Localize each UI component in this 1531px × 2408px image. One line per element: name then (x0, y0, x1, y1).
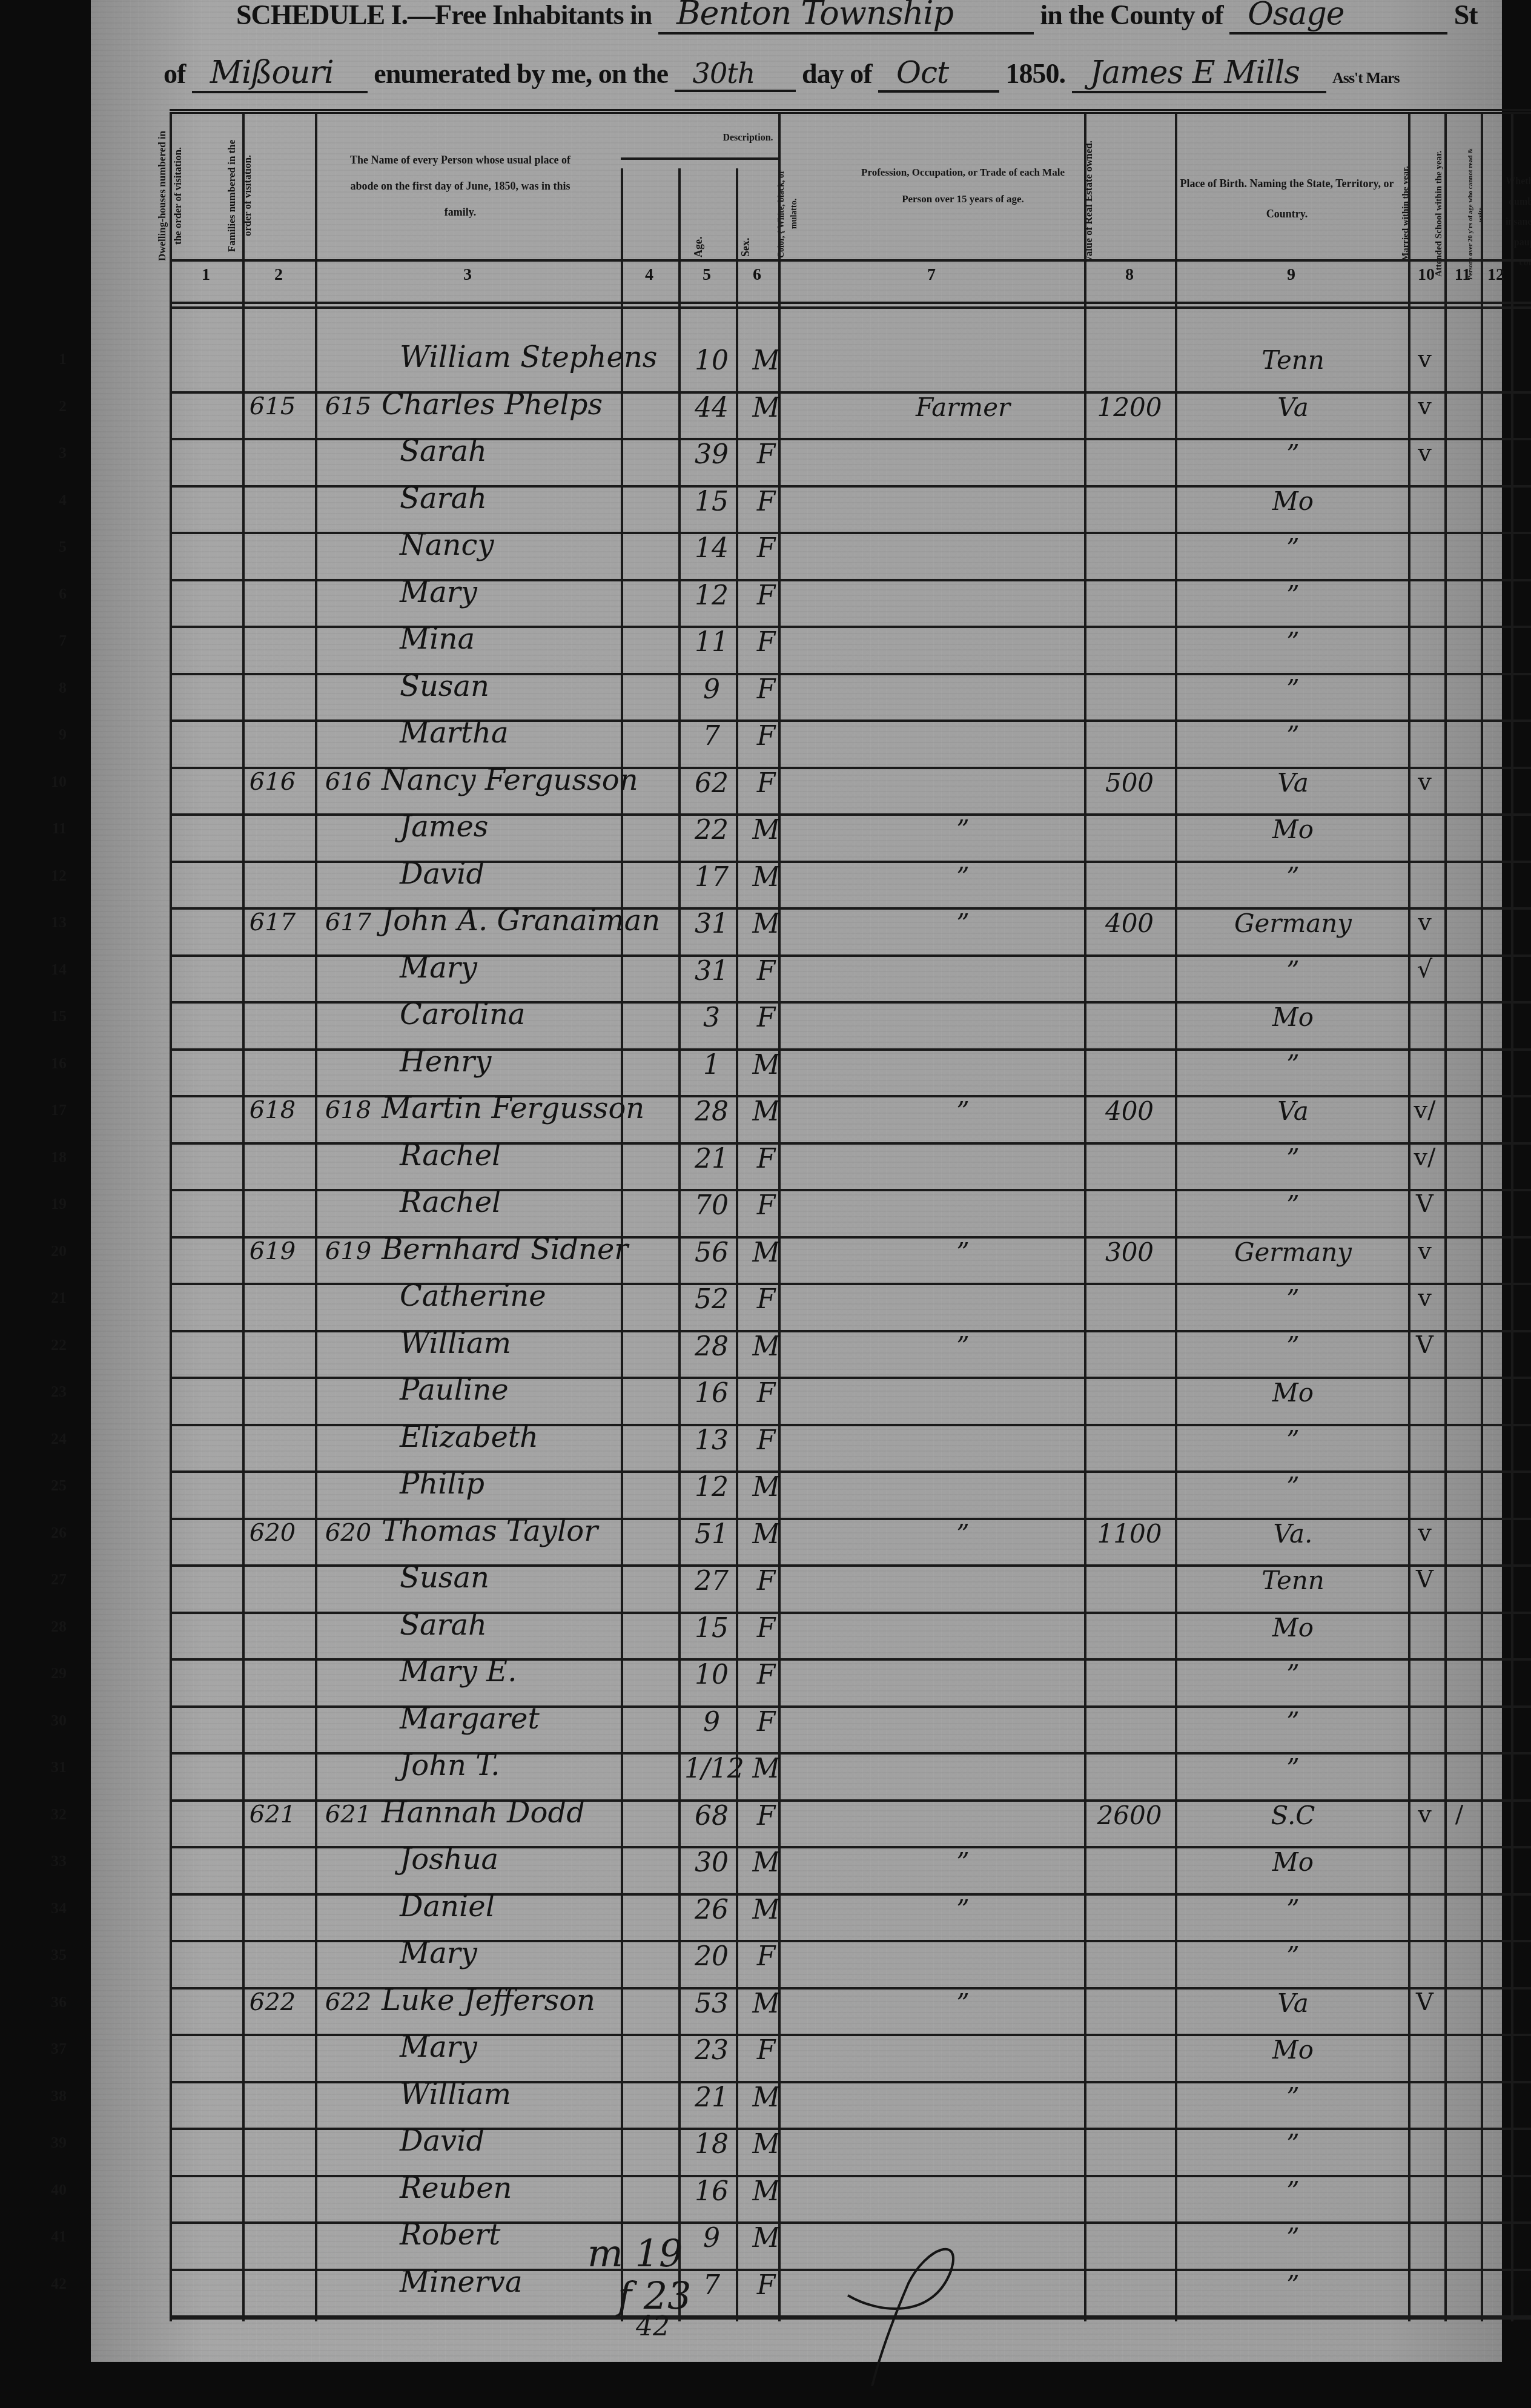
place-of-birth: Mo (1178, 1378, 1408, 1407)
married-mark: v (1408, 392, 1441, 420)
real-estate-value: 400 (1084, 1096, 1175, 1126)
married-mark: v (1408, 908, 1441, 936)
assistant-marshal-label: Ass't Mars (1332, 69, 1400, 87)
person-age: 62 (684, 768, 739, 799)
person-name: Nancy Fergusson (382, 763, 684, 797)
person-sex: M (742, 2176, 790, 2207)
person-sex: M (742, 1894, 790, 1925)
person-occupation: ” (845, 1096, 1081, 1126)
married-mark: v (1408, 345, 1441, 373)
married-mark: v (1408, 1519, 1441, 1547)
person-age: 28 (684, 1331, 739, 1362)
person-age: 23 (684, 2035, 739, 2066)
person-sex: M (742, 1753, 790, 1784)
person-name: Reuben (382, 2171, 703, 2205)
person-name: William Stephens (382, 340, 703, 374)
married-mark: V (1408, 1988, 1441, 2016)
census-page: SCHEDULE I.—Free Inhabitants in Benton T… (91, 0, 1502, 2362)
column-number: 8 (1111, 265, 1148, 285)
column-number: 5 (689, 265, 725, 285)
place-of-birth: ” (1178, 2223, 1408, 2252)
person-age: 68 (684, 1801, 739, 1831)
dwelling-number: 617 (236, 908, 309, 936)
line-number: 20 (42, 1242, 67, 1260)
column-number: 10 (1408, 265, 1444, 285)
person-name: John A. Granaiman (382, 904, 684, 938)
person-sex: F (742, 486, 790, 517)
person-sex: F (742, 1941, 790, 1972)
year-label: 1850. (1006, 58, 1066, 89)
person-age: 16 (684, 1378, 739, 1409)
person-name: Henry (382, 1045, 703, 1079)
person-sex: M (742, 908, 790, 939)
line-number: 23 (42, 1383, 67, 1401)
column-number: 1 (188, 265, 224, 285)
column-number: 9 (1273, 265, 1309, 285)
place-of-birth: Mo (1178, 1847, 1408, 1877)
person-name: Rachel (382, 1139, 703, 1173)
county-field: Osage (1229, 0, 1447, 35)
month-field: Oct (878, 55, 999, 93)
person-age: 44 (684, 392, 739, 423)
place-of-birth: Va (1178, 392, 1408, 422)
person-age: 1/12 (684, 1753, 739, 1784)
place-of-birth: ” (1178, 1284, 1408, 1314)
school-mark: / (1446, 1801, 1473, 1828)
header-rule (170, 302, 1531, 304)
person-age: 7 (684, 2270, 739, 2301)
dwelling-number: 618 (236, 1096, 309, 1124)
family-number: 618 (312, 1096, 385, 1124)
married-mark: v (1408, 1801, 1441, 1828)
enumerated-label: enumerated by me, on the (374, 58, 668, 89)
person-name: Carolina (382, 997, 703, 1031)
person-name: Susan (382, 669, 703, 703)
person-age: 16 (684, 2176, 739, 2207)
person-age: 9 (684, 674, 739, 705)
person-occupation: ” (845, 1847, 1081, 1877)
line-number: 13 (42, 913, 67, 931)
colhead-description-group: Description. (696, 131, 799, 145)
line-number: 35 (42, 1946, 67, 1964)
person-age: 14 (684, 533, 739, 564)
person-age: 18 (684, 2129, 739, 2160)
person-occupation: ” (845, 862, 1081, 891)
person-name: Mary (382, 951, 703, 985)
place-of-birth: ” (1178, 1472, 1408, 1501)
schedule-header-line2: of Mißouri enumerated by me, on the 30th… (164, 55, 1400, 93)
person-name: Martha (382, 716, 703, 750)
colhead-married: Married within the year. (1399, 144, 1430, 283)
column-number: 4 (631, 265, 667, 285)
place-of-birth: ” (1178, 2176, 1408, 2206)
place-of-birth: ” (1178, 1190, 1408, 1220)
person-sex: F (742, 1143, 790, 1174)
place-of-birth: Germany (1178, 908, 1408, 938)
day-field: 30th (675, 57, 796, 92)
married-mark: v (1408, 439, 1441, 467)
dwelling-number: 620 (236, 1519, 309, 1547)
line-number: 25 (42, 1477, 67, 1495)
person-age: 21 (684, 1143, 739, 1174)
place-of-birth: ” (1178, 862, 1408, 891)
person-age: 26 (684, 1894, 739, 1925)
place-of-birth: ” (1178, 627, 1408, 657)
line-number: 41 (42, 2228, 67, 2246)
person-name: Nancy (382, 528, 703, 562)
column-number: 3 (449, 265, 486, 285)
person-occupation: ” (845, 815, 1081, 844)
married-mark: v (1408, 1237, 1441, 1265)
person-sex: M (742, 392, 790, 423)
person-sex: M (742, 345, 790, 376)
person-name: William (382, 1326, 703, 1360)
person-name: Joshua (382, 1842, 703, 1876)
description-group-rule (621, 157, 778, 160)
married-mark: v (1408, 1284, 1441, 1312)
family-number: 620 (312, 1519, 385, 1547)
place-of-birth: ” (1178, 580, 1408, 610)
line-number: 11 (42, 819, 67, 838)
dwelling-number: 619 (236, 1237, 309, 1265)
person-name: Mary (382, 2030, 703, 2064)
ink-flourish (836, 2229, 993, 2386)
line-number: 16 (42, 1054, 67, 1073)
person-age: 11 (684, 627, 739, 658)
person-name: Daniel (382, 1890, 703, 1923)
person-age: 9 (684, 2223, 739, 2254)
place-of-birth: Va. (1178, 1519, 1408, 1549)
tally-total: 42 (636, 2314, 670, 2340)
line-number: 6 (42, 585, 67, 603)
person-age: 3 (684, 1002, 739, 1033)
line-number: 37 (42, 2040, 67, 2058)
place-of-birth: ” (1178, 2129, 1408, 2158)
line-number: 32 (42, 1805, 67, 1824)
line-number: 2 (42, 397, 67, 415)
person-sex: M (742, 1331, 790, 1362)
place-of-birth: ” (1178, 439, 1408, 469)
person-sex: M (742, 2129, 790, 2160)
person-sex: F (742, 2270, 790, 2301)
person-name: Sarah (382, 434, 703, 468)
person-name: Sarah (382, 1608, 703, 1642)
place-of-birth: Germany (1178, 1237, 1408, 1267)
person-name: John T. (382, 1748, 703, 1782)
line-number: 29 (42, 1664, 67, 1682)
person-sex: F (742, 533, 790, 564)
place-of-birth: ” (1178, 1941, 1408, 1971)
person-sex: F (742, 1378, 790, 1409)
place-of-birth: Mo (1178, 486, 1408, 516)
person-occupation: ” (845, 1988, 1081, 2018)
header-rule (170, 306, 1531, 309)
line-number: 42 (42, 2275, 67, 2293)
place-of-birth: Mo (1178, 1002, 1408, 1032)
person-age: 39 (684, 439, 739, 470)
colhead-disability: Whether deaf, dumb, blind, insane, idiot… (1499, 171, 1531, 273)
line-number: 5 (42, 538, 67, 556)
person-occupation: ” (845, 908, 1081, 938)
place-of-birth: ” (1178, 721, 1408, 750)
dwelling-number: 622 (236, 1988, 309, 2016)
county-label: in the County of (1040, 0, 1223, 30)
person-age: 56 (684, 1237, 739, 1268)
person-age: 30 (684, 1847, 739, 1878)
person-age: 70 (684, 1190, 739, 1221)
person-occupation: ” (845, 1237, 1081, 1267)
person-age: 53 (684, 1988, 739, 2019)
place-of-birth: ” (1178, 1050, 1408, 1079)
place-of-birth: S.C (1178, 1801, 1408, 1830)
dwelling-number: 616 (236, 768, 309, 796)
person-sex: M (742, 1847, 790, 1878)
person-age: 28 (684, 1096, 739, 1127)
line-number: 12 (42, 867, 67, 885)
person-sex: M (742, 2082, 790, 2113)
family-number: 621 (312, 1801, 385, 1828)
line-number: 17 (42, 1101, 67, 1119)
married-mark: V (1408, 1190, 1441, 1218)
column-number: 7 (913, 265, 950, 285)
person-sex: F (742, 768, 790, 799)
person-sex: F (742, 439, 790, 470)
dwelling-number: 621 (236, 1801, 309, 1828)
person-age: 15 (684, 486, 739, 517)
person-name: Rachel (382, 1185, 703, 1219)
place-of-birth: Tenn (1178, 345, 1408, 375)
real-estate-value: 2600 (1084, 1801, 1175, 1830)
family-number: 619 (312, 1237, 385, 1265)
tally-male: m 19 (587, 2235, 683, 2272)
colhead-name: The Name of every Person whose usual pla… (339, 147, 581, 226)
column-rule (170, 114, 172, 2321)
person-sex: F (742, 627, 790, 658)
married-mark: V (1408, 1566, 1441, 1593)
line-number: 38 (42, 2087, 67, 2105)
line-number: 22 (42, 1336, 67, 1354)
person-sex: M (742, 1050, 790, 1080)
family-number: 615 (312, 392, 385, 420)
place-of-birth: ” (1178, 533, 1408, 563)
line-number: 34 (42, 1899, 67, 1917)
person-sex: F (742, 956, 790, 987)
place-of-birth: Va (1178, 1096, 1408, 1126)
person-name: James (382, 810, 703, 844)
column-number: 2 (260, 265, 297, 285)
place-of-birth: ” (1178, 674, 1408, 704)
person-age: 13 (684, 1425, 739, 1456)
state-suffix: St (1454, 0, 1478, 30)
family-number: 622 (312, 1988, 385, 2016)
person-name: Elizabeth (382, 1420, 703, 1454)
line-number: 28 (42, 1618, 67, 1636)
line-number: 7 (42, 632, 67, 650)
colhead-school: Attended School within the year. (1432, 144, 1464, 283)
place-of-birth: Va (1178, 1988, 1408, 2018)
line-number: 30 (42, 1712, 67, 1730)
place-of-birth: ” (1178, 2270, 1408, 2300)
person-sex: F (742, 1801, 790, 1831)
line-number: 10 (42, 773, 67, 791)
line-number: 8 (42, 679, 67, 697)
person-age: 31 (684, 956, 739, 987)
line-number: 19 (42, 1195, 67, 1213)
line-number: 3 (42, 444, 67, 462)
line-number: 15 (42, 1007, 67, 1025)
place-of-birth: ” (1178, 1425, 1408, 1455)
person-age: 12 (684, 1472, 739, 1503)
line-number: 4 (42, 491, 67, 509)
person-sex: F (742, 721, 790, 752)
person-age: 21 (684, 2082, 739, 2113)
person-name: Mary (382, 575, 703, 609)
person-name: Bernhard Sidner (382, 1232, 684, 1266)
colhead-dwelling: Dwelling-houses numbered in the order of… (154, 126, 215, 265)
column-number: 6 (739, 265, 775, 285)
line-number: 18 (42, 1148, 67, 1166)
person-name: Thomas Taylor (382, 1514, 684, 1548)
dwelling-number: 615 (236, 392, 309, 420)
colhead-birthplace: Place of Birth. Naming the State, Territ… (1175, 168, 1399, 230)
person-name: Susan (382, 1561, 703, 1595)
person-sex: M (742, 1472, 790, 1503)
line-number: 14 (42, 961, 67, 979)
person-sex: F (742, 1425, 790, 1456)
person-sex: F (742, 1566, 790, 1596)
real-estate-value: 1200 (1084, 392, 1175, 422)
person-name: Sarah (382, 481, 703, 515)
place-of-birth: Tenn (1178, 1566, 1408, 1595)
state-field: Mißouri (192, 55, 368, 93)
colhead-color: Color, { White, black, or mulatto. (775, 159, 818, 268)
place-of-birth: Mo (1178, 2035, 1408, 2065)
place-of-birth: Mo (1178, 815, 1408, 844)
married-mark: v (1408, 768, 1441, 796)
colhead-real-estate: Value of Real Estate owned. (1081, 132, 1129, 271)
line-number: 36 (42, 1993, 67, 2011)
person-sex: M (742, 1988, 790, 2019)
person-age: 17 (684, 862, 739, 893)
person-age: 7 (684, 721, 739, 752)
person-name: William (382, 2077, 703, 2111)
column-rule (1084, 114, 1086, 2321)
person-name: Charles Phelps (382, 388, 684, 422)
place-of-birth: ” (1178, 1143, 1408, 1173)
column-number: 12 (1478, 265, 1514, 285)
family-number: 617 (312, 908, 385, 936)
person-sex: M (742, 815, 790, 845)
married-mark: √ (1408, 956, 1441, 984)
colhead-occupation: Profession, Occupation, or Trade of each… (848, 159, 1078, 213)
person-sex: M (742, 1519, 790, 1550)
person-sex: F (742, 1284, 790, 1315)
line-number: 26 (42, 1524, 67, 1542)
line-number: 21 (42, 1289, 67, 1307)
place-of-birth: Va (1178, 768, 1408, 798)
line-number: 31 (42, 1758, 67, 1776)
line-number: 9 (42, 726, 67, 744)
person-sex: F (742, 1659, 790, 1690)
column-number: 11 (1444, 265, 1481, 285)
person-name: Mary (382, 1936, 703, 1970)
person-age: 31 (684, 908, 739, 939)
person-occupation: ” (845, 1519, 1081, 1549)
person-age: 12 (684, 580, 739, 611)
person-sex: M (742, 1237, 790, 1268)
married-mark: v/ (1408, 1096, 1441, 1124)
column-rule (1444, 114, 1447, 2321)
person-name: Margaret (382, 1702, 703, 1736)
township-field: Benton Township (658, 0, 1034, 35)
person-age: 20 (684, 1941, 739, 1972)
person-sex: F (742, 2035, 790, 2066)
line-number: 39 (42, 2134, 67, 2152)
person-occupation: ” (845, 1894, 1081, 1924)
real-estate-value: 300 (1084, 1237, 1175, 1267)
person-age: 22 (684, 815, 739, 845)
person-sex: M (742, 2223, 790, 2254)
line-number: 24 (42, 1430, 67, 1448)
person-sex: F (742, 1002, 790, 1033)
person-name: Martin Fergusson (382, 1091, 684, 1125)
enumerator-signature: James E Mills (1072, 55, 1326, 93)
column-rule (1175, 114, 1177, 2321)
married-mark: V (1408, 1331, 1441, 1359)
person-age: 1 (684, 1050, 739, 1080)
person-name: Hannah Dodd (382, 1796, 684, 1830)
person-occupation: Farmer (845, 392, 1081, 422)
person-name: Luke Jefferson (382, 1983, 684, 2017)
person-age: 51 (684, 1519, 739, 1550)
person-name: Mary E. (382, 1655, 703, 1689)
place-of-birth: Mo (1178, 1613, 1408, 1642)
person-age: 27 (684, 1566, 739, 1596)
person-age: 10 (684, 1659, 739, 1690)
person-sex: F (742, 1707, 790, 1738)
place-of-birth: ” (1178, 1659, 1408, 1689)
line-number: 27 (42, 1570, 67, 1589)
person-age: 52 (684, 1284, 739, 1315)
person-age: 10 (684, 345, 739, 376)
tally-female: f 23 (618, 2277, 692, 2315)
place-of-birth: ” (1178, 1894, 1408, 1924)
of-label: of (164, 58, 185, 89)
place-of-birth: ” (1178, 1331, 1408, 1361)
real-estate-value: 1100 (1084, 1519, 1175, 1549)
line-number: 40 (42, 2181, 67, 2199)
schedule-header-line1: SCHEDULE I.—Free Inhabitants in Benton T… (236, 0, 1478, 35)
person-sex: M (742, 862, 790, 893)
person-occupation: ” (845, 1331, 1081, 1361)
real-estate-value: 500 (1084, 768, 1175, 798)
real-estate-value: 400 (1084, 908, 1175, 938)
person-sex: F (742, 674, 790, 705)
colhead-family: Families numbered in the order of visita… (224, 126, 285, 265)
place-of-birth: ” (1178, 1707, 1408, 1736)
person-sex: M (742, 1096, 790, 1127)
line-number: 1 (42, 350, 67, 368)
person-age: 9 (684, 1707, 739, 1738)
place-of-birth: ” (1178, 956, 1408, 985)
married-mark: v/ (1408, 1143, 1441, 1171)
family-number: 616 (312, 768, 385, 796)
person-name: David (382, 857, 703, 891)
column-rule (1511, 114, 1513, 2321)
person-name: Pauline (382, 1373, 703, 1407)
place-of-birth: ” (1178, 2082, 1408, 2112)
person-sex: F (742, 1190, 790, 1221)
